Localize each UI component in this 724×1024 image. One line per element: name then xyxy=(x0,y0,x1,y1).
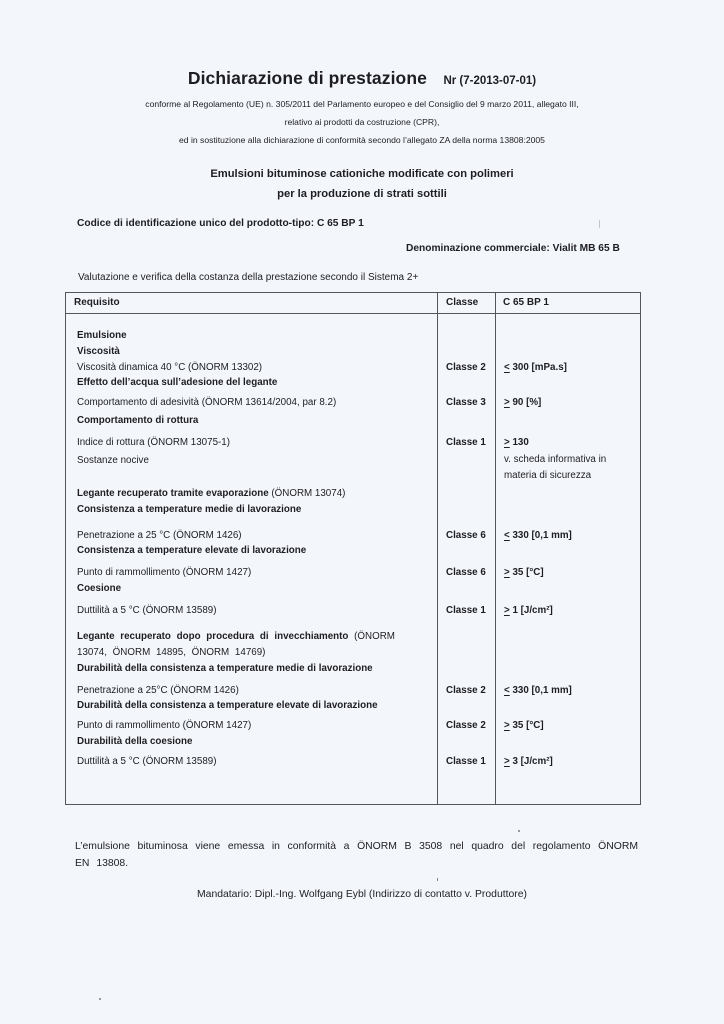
class-cell: Classe 6 xyxy=(446,528,486,544)
header-divider xyxy=(66,313,640,314)
comparison-symbol: < xyxy=(504,530,510,541)
class-cell: Classe 2 xyxy=(446,683,486,699)
class-cell: Classe 2 xyxy=(446,718,486,734)
requirement-heading: Viscosità xyxy=(77,344,120,360)
trade-name: Denominazione commerciale: Vialit MB 65 … xyxy=(406,243,620,254)
requirement-heading: Comportamento di rottura xyxy=(77,413,198,429)
comparison-symbol: > xyxy=(504,720,510,731)
column-header-classe: Classe xyxy=(446,297,478,308)
mandatario-line: Mandatario: Dipl.-Ing. Wolfgang Eybl (In… xyxy=(0,889,724,900)
requirement-label: Legante recuperato tramite evaporazione … xyxy=(77,486,345,502)
requirement-heading: Coesione xyxy=(77,581,121,597)
class-cell: Classe 3 xyxy=(446,395,486,411)
product-description-line-1: Emulsioni bituminose cationiche modifica… xyxy=(0,164,724,184)
requirement-heading: Durabilità della consistenza a temperatu… xyxy=(77,661,373,677)
requirement-label: Punto di rammollimento (ÖNORM 1427) xyxy=(77,718,251,734)
requirement-label: Duttilità a 5 °C (ÖNORM 13589) xyxy=(77,754,217,770)
value-cell: < 330 [0,1 mm] xyxy=(504,528,572,544)
requirement-label: Penetrazione a 25 °C (ÖNORM 1426) xyxy=(77,528,242,544)
requirement-heading: Durabilità della consistenza a temperatu… xyxy=(77,698,378,714)
requirement-label: Indice di rottura (ÖNORM 13075-1) xyxy=(77,435,230,451)
class-cell: Classe 1 xyxy=(446,754,486,770)
scan-artifact xyxy=(99,998,101,1000)
value-cell: > 35 [°C] xyxy=(504,565,544,581)
class-cell: Classe 6 xyxy=(446,565,486,581)
comparison-symbol: < xyxy=(504,362,510,373)
value-cell: > 90 [%] xyxy=(504,395,541,411)
product-type-code: Codice di identificazione unico del prod… xyxy=(77,218,364,229)
column-divider xyxy=(495,293,496,804)
comparison-symbol: > xyxy=(504,567,510,578)
value-cell: < 330 [0,1 mm] xyxy=(504,683,572,699)
requirement-label: Viscosità dinamica 40 °C (ÖNORM 13302) xyxy=(77,360,262,376)
value-cell: > 35 [°C] xyxy=(504,718,544,734)
value-note: v. scheda informativa in materia di sicu… xyxy=(504,452,634,484)
requirement-heading: Durabilità della coesione xyxy=(77,734,192,750)
evaluation-system-line: Valutazione e verifica della costanza de… xyxy=(78,272,418,283)
compliance-statement: L’emulsione bituminosa viene emessa in c… xyxy=(75,838,638,872)
comparison-symbol: > xyxy=(504,756,510,767)
column-divider xyxy=(437,293,438,804)
scan-artifact xyxy=(518,830,520,832)
scan-artifact xyxy=(599,220,600,228)
requirement-label: Punto di rammollimento (ÖNORM 1427) xyxy=(77,565,251,581)
requirement-heading: Consistenza a temperature elevate di lav… xyxy=(77,543,306,559)
class-cell: Classe 1 xyxy=(446,435,486,451)
document-title: Dichiarazione di prestazione xyxy=(188,68,427,88)
column-header-value: C 65 BP 1 xyxy=(503,297,549,308)
subtitle-line-2: relativo ai prodotti da costruzione (CPR… xyxy=(0,112,724,132)
comparison-symbol: > xyxy=(504,605,510,616)
requirement-heading: Effetto dell’acqua sull’adesione del leg… xyxy=(77,375,277,391)
class-cell: Classe 1 xyxy=(446,603,486,619)
requirement-group-title: Legante recuperato tramite evaporazione xyxy=(77,488,269,499)
document-number: Nr (7-2013-07-01) xyxy=(443,75,536,87)
subtitle-line-3: ed in sostituzione alla dichiarazione di… xyxy=(0,130,724,150)
value-cell: > 3 [J/cm²] xyxy=(504,754,553,770)
performance-table: Requisito Classe C 65 BP 1 EmulsioneVisc… xyxy=(65,292,641,805)
value-cell: > 130 xyxy=(504,435,529,451)
product-description-line-2: per la produzione di strati sottili xyxy=(0,184,724,204)
requirement-heading: Consistenza a temperature medie di lavor… xyxy=(77,502,301,518)
class-cell: Classe 2 xyxy=(446,360,486,376)
requirement-label: Sostanze nocive xyxy=(77,453,149,469)
comparison-symbol: < xyxy=(504,685,510,696)
requirement-label: Comportamento di adesività (ÖNORM 13614/… xyxy=(77,395,336,411)
document-title-line: Dichiarazione di prestazione Nr (7-2013-… xyxy=(0,68,724,89)
value-cell: > 1 [J/cm²] xyxy=(504,603,553,619)
requirement-label: Duttilità a 5 °C (ÖNORM 13589) xyxy=(77,603,217,619)
comparison-symbol: > xyxy=(504,397,510,408)
subtitle-line-1: conforme al Regolamento (UE) n. 305/2011… xyxy=(0,94,724,114)
requirement-group-title: Legante recuperato dopo procedura di inv… xyxy=(77,631,348,642)
requirement-label: Penetrazione a 25°C (ÖNORM 1426) xyxy=(77,683,239,699)
requirement-heading: Emulsione xyxy=(77,328,127,344)
requirement-label: Legante recuperato dopo procedura di inv… xyxy=(77,629,429,661)
column-header-requisito: Requisito xyxy=(74,297,120,308)
value-cell: < 300 [mPa.s] xyxy=(504,360,567,376)
scan-artifact xyxy=(437,878,438,881)
comparison-symbol: > xyxy=(504,437,510,448)
